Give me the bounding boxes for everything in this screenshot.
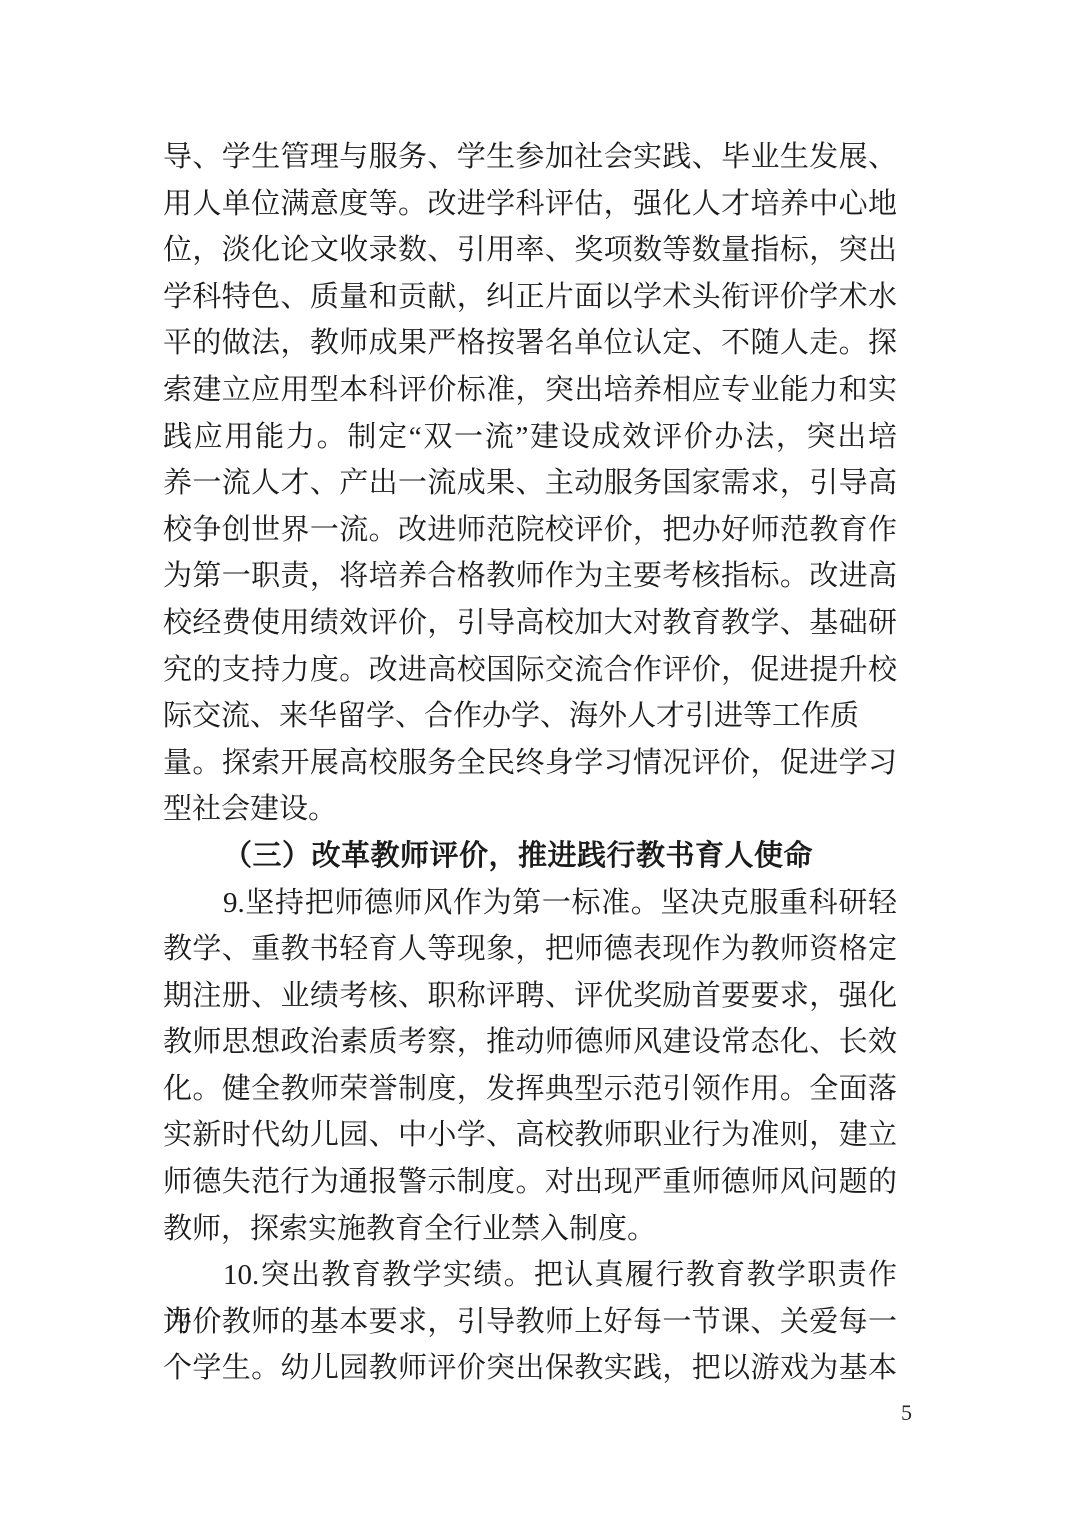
text-line: 教学、重教书轻育人等现象，把师德表现作为教师资格定 bbox=[163, 926, 897, 973]
text-line: 量。探索开展高校服务全民终身学习情况评价，促进学习 bbox=[163, 740, 897, 787]
text-line: 实新时代幼儿园、中小学、高校教师职业行为准则，建立 bbox=[163, 1112, 897, 1159]
text-line: 教师思想政治素质考察，推动师德师风建设常态化、长效 bbox=[163, 1019, 897, 1066]
text-line: 践应用能力。制定“双一流”建设成效评价办法，突出培 bbox=[163, 414, 897, 461]
text-line: 索建立应用型本科评价标准，突出培养相应专业能力和实 bbox=[163, 367, 897, 414]
text-line: 10.突出教育教学实绩。把认真履行教育教学职责作为 bbox=[163, 1252, 897, 1299]
text-line: 校经费使用绩效评价，引导高校加大对教育教学、基础研 bbox=[163, 600, 897, 647]
text-line: 期注册、业绩考核、职称评聘、评优奖励首要要求，强化 bbox=[163, 973, 897, 1020]
text-line: 教师，探索实施教育全行业禁入制度。 bbox=[163, 1206, 897, 1253]
text-line: 际交流、来华留学、合作办学、海外人才引进等工作质 bbox=[163, 693, 897, 740]
document-page: 导、学生管理与服务、学生参加社会实践、毕业生发展、用人单位满意度等。改进学科评估… bbox=[0, 0, 1074, 1520]
text-line: 师德失范行为通报警示制度。对出现严重师德师风问题的 bbox=[163, 1159, 897, 1206]
text-line: 校争创世界一流。改进师范院校评价，把办好师范教育作 bbox=[163, 507, 897, 554]
text-line: 导、学生管理与服务、学生参加社会实践、毕业生发展、 bbox=[163, 134, 897, 181]
section-heading: （三）改革教师评价，推进践行教书育人使命 bbox=[163, 833, 897, 880]
text-line: 为第一职责，将培养合格教师作为主要考核指标。改进高 bbox=[163, 553, 897, 600]
text-line: 位，淡化论文收录数、引用率、奖项数等数量指标，突出 bbox=[163, 227, 897, 274]
text-line: 评价教师的基本要求，引导教师上好每一节课、关爱每一 bbox=[163, 1299, 897, 1346]
document-body: 导、学生管理与服务、学生参加社会实践、毕业生发展、用人单位满意度等。改进学科评估… bbox=[163, 134, 897, 1392]
text-line: 养一流人才、产出一流成果、主动服务国家需求，引导高 bbox=[163, 460, 897, 507]
text-line: 究的支持力度。改进高校国际交流合作评价，促进提升校 bbox=[163, 647, 897, 694]
text-line: 平的做法，教师成果严格按署名单位认定、不随人走。探 bbox=[163, 320, 897, 367]
text-line: 用人单位满意度等。改进学科评估，强化人才培养中心地 bbox=[163, 181, 897, 228]
text-line: 9.坚持把师德师风作为第一标准。坚决克服重科研轻 bbox=[163, 880, 897, 927]
text-line: 学科特色、质量和贡献，纠正片面以学术头衔评价学术水 bbox=[163, 274, 897, 321]
text-line: 型社会建设。 bbox=[163, 786, 897, 833]
text-line: 个学生。幼儿园教师评价突出保教实践，把以游戏为基本 bbox=[163, 1345, 897, 1392]
text-line: 化。健全教师荣誉制度，发挥典型示范引领作用。全面落 bbox=[163, 1066, 897, 1113]
page-number: 5 bbox=[901, 1399, 912, 1427]
